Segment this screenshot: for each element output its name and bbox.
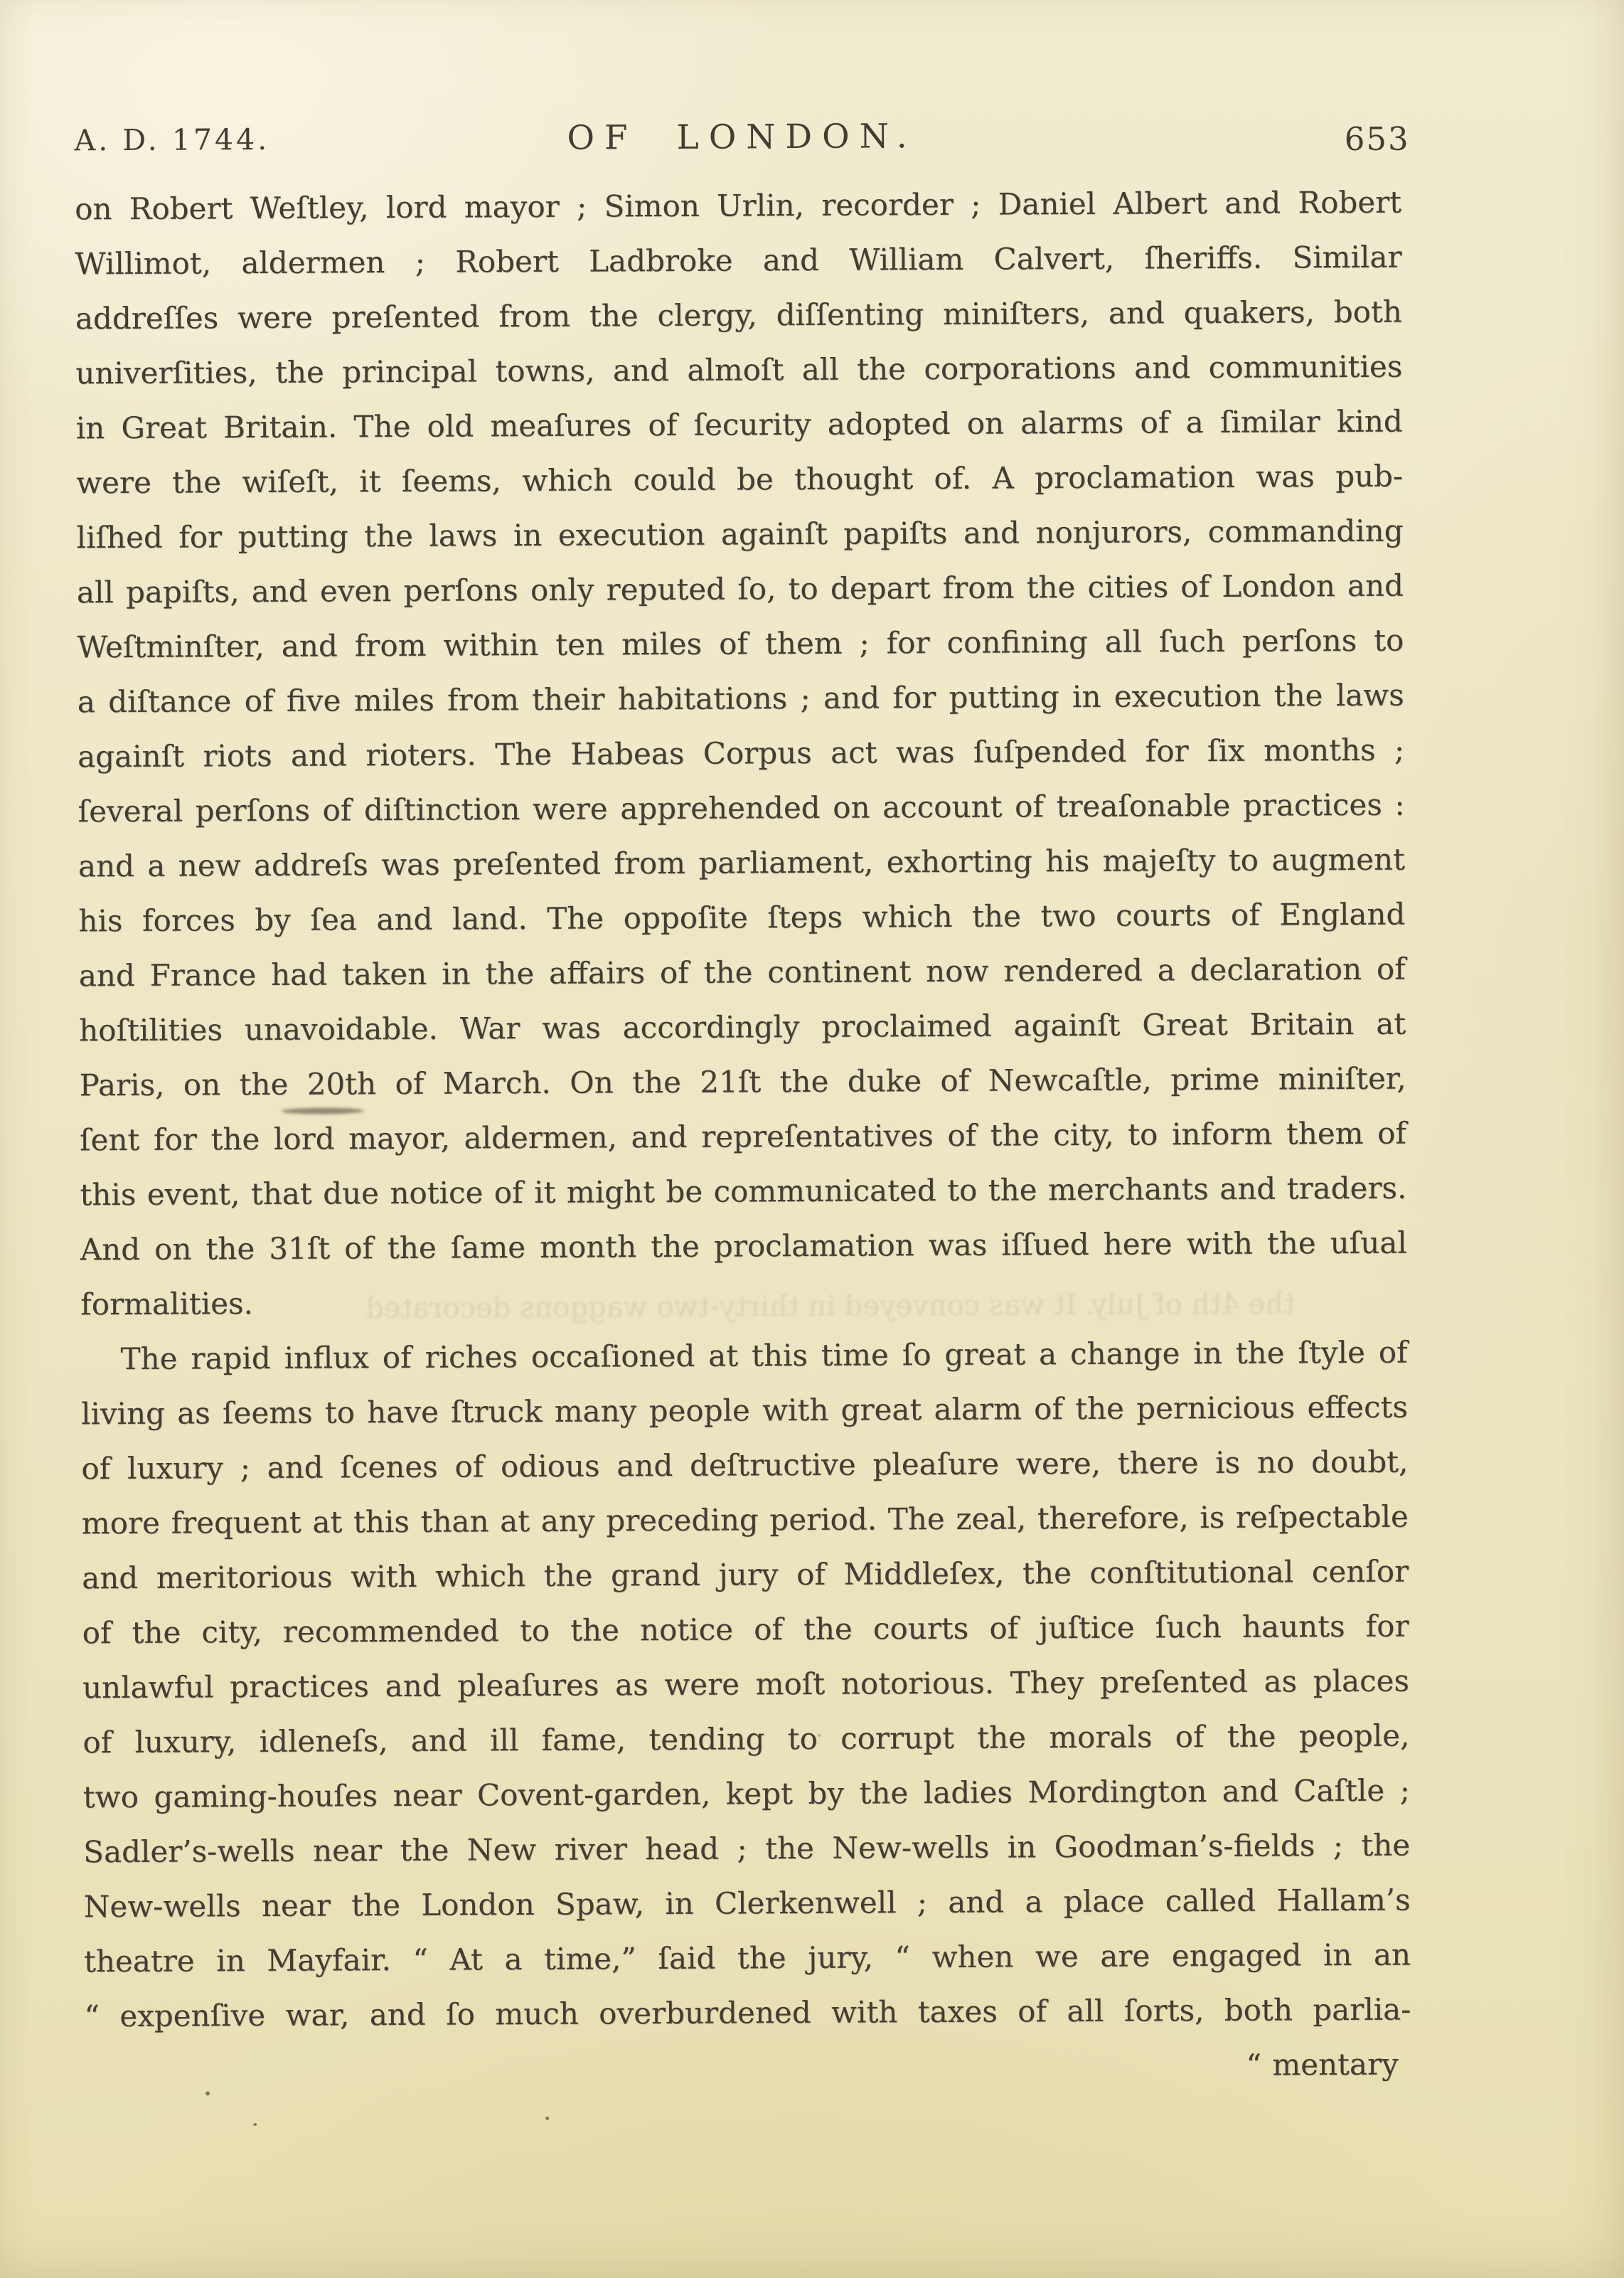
header-title: OF LONDON.: [74, 115, 1409, 161]
text-line: on Robert Weſtley, lord mayor ; Simon Ur…: [75, 175, 1401, 237]
text-line: New-wells near the London Spaw, in Clerk…: [83, 1873, 1410, 1934]
paragraph: The rapid influx of riches occaſioned at…: [80, 1325, 1411, 2044]
text-line: and meritorious with which the grand jur…: [82, 1544, 1409, 1606]
text-line: in Great Britain. The old meaſures of ſe…: [76, 394, 1403, 456]
text-line: And on the 31ſt of the ſame month the pr…: [80, 1215, 1407, 1277]
text-line: more frequent at this than at any preced…: [82, 1489, 1409, 1551]
text-line: of the city, recommended to the notice o…: [82, 1599, 1409, 1661]
paper-speck: [818, 1734, 821, 1737]
text-line: and a new addreſs was preſented from par…: [78, 832, 1405, 894]
text-line: living as ſeems to have ſtruck many peop…: [81, 1380, 1408, 1442]
text-line: theatre in Mayfair. “ At a time,” ſaid t…: [84, 1927, 1411, 1989]
page-number: 653: [1345, 120, 1410, 158]
text-line: of luxury, idleneſs, and ill fame, tendi…: [82, 1708, 1409, 1770]
text-line: univerſities, the principal towns, and a…: [75, 339, 1402, 401]
text-line: Paris, on the 20th of March. On the 21ſt…: [79, 1051, 1406, 1113]
text-line: all papiſts, and even perſons only reput…: [77, 558, 1404, 620]
text-line: Sadler’s-wells near the New river head ;…: [83, 1818, 1410, 1880]
text-line: were the wiſeſt, it ſeems, which could b…: [76, 449, 1403, 511]
text-line: liſhed for putting the laws in execution…: [76, 504, 1403, 565]
text-line: two gaming-houſes near Covent-garden, ke…: [83, 1763, 1410, 1825]
page-body: on Robert Weſtley, lord mayor ; Simon Ur…: [75, 175, 1411, 2099]
text-line: unlawful practices and pleaſures as were…: [82, 1654, 1409, 1715]
paper-speck: [545, 2117, 549, 2120]
text-line: a diſtance of five miles from their habi…: [78, 668, 1404, 730]
text-line: addreſſes were preſented from the clergy…: [75, 284, 1402, 346]
book-page-scan: { "page": { "header": { "era": "A. D. 17…: [0, 0, 1624, 2278]
text-line: ſent for the lord mayor, aldermen, and r…: [80, 1106, 1406, 1168]
scanned-page-content: A. D. 1744. OF LONDON. 653 on Robert Weſ…: [0, 0, 1624, 2278]
paper-speck: [253, 2123, 257, 2126]
text-line: his forces by ſea and land. The oppoſite…: [78, 887, 1405, 949]
text-line: “ expenſive war, and ſo much overburdene…: [84, 1982, 1411, 2044]
text-line: ſeveral perſons of diſtinction were appr…: [78, 777, 1404, 839]
text-line: hoſtilities unavoidable. War was accordi…: [79, 996, 1406, 1058]
text-line: againſt riots and rioters. The Habeas Co…: [78, 723, 1404, 784]
text-line: Willimot, aldermen ; Robert Ladbroke and…: [75, 230, 1401, 292]
catchword: “ mentary: [85, 2037, 1411, 2099]
text-line: of luxury ; and ſcenes of odious and deſ…: [81, 1435, 1408, 1496]
text-line: The rapid influx of riches occaſioned at…: [80, 1325, 1407, 1387]
text-line: this event, that due notice of it might …: [80, 1161, 1406, 1223]
paragraph: on Robert Weſtley, lord mayor ; Simon Ur…: [75, 175, 1407, 1332]
text-line: formalities.: [80, 1270, 1407, 1332]
text-line: Weſtminſter, and from within ten miles o…: [77, 613, 1404, 675]
running-header: A. D. 1744. OF LONDON. 653: [74, 110, 1409, 162]
text-line: and France had taken in the affairs of t…: [79, 942, 1406, 1004]
paper-speck: [205, 2091, 210, 2095]
